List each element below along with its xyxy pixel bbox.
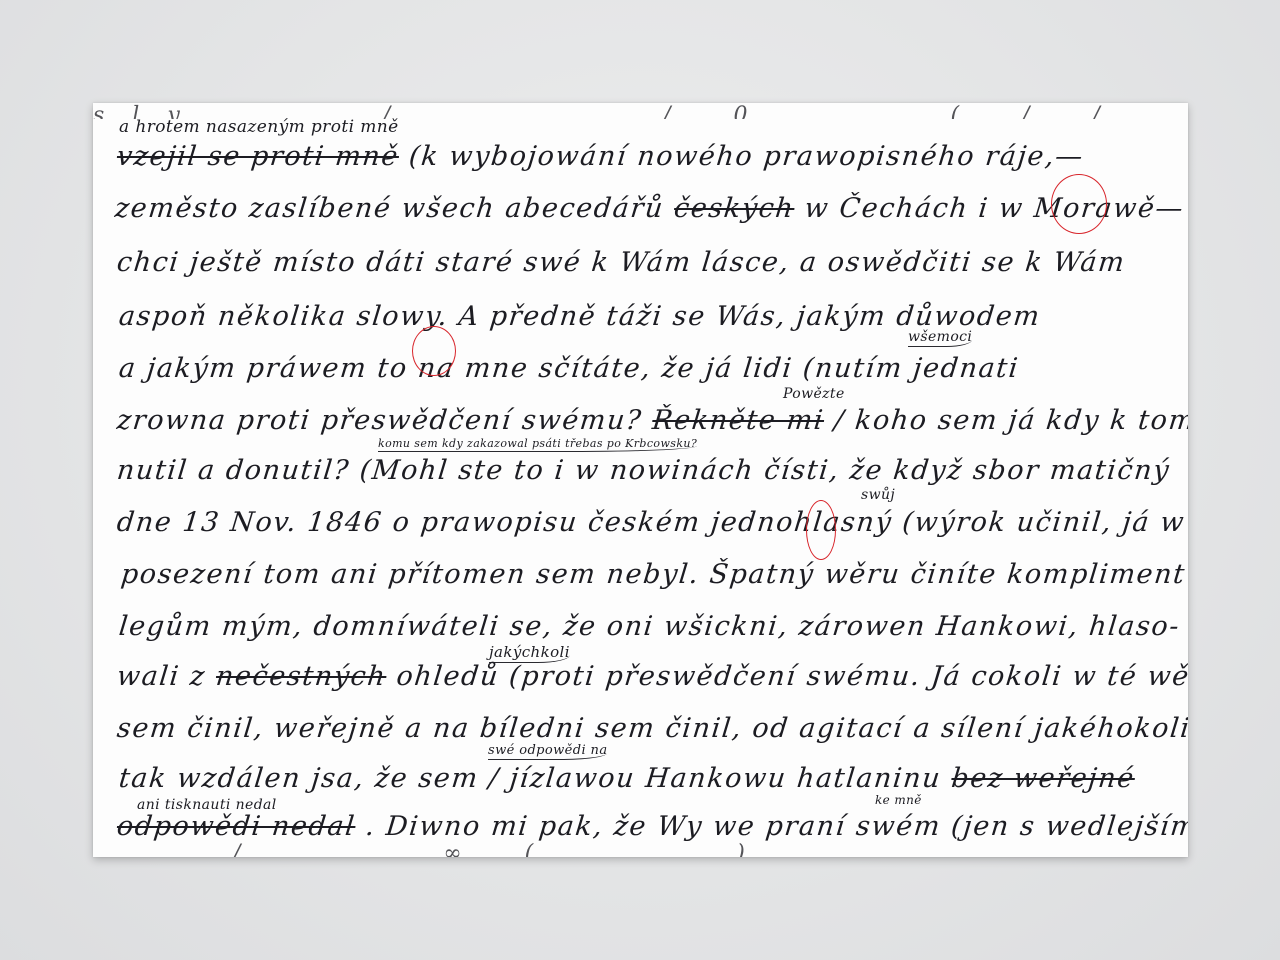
manuscript-line: zeměsto zaslíbené wšech abecedářů českýc…: [113, 193, 1185, 224]
line-text: posezení tom ani přítomen sem nebyl. Špa…: [119, 559, 1188, 590]
line-text: a jakým práwem to na mne sčítáte, že já …: [117, 353, 1020, 384]
interlinear-gloss: swůj: [861, 487, 895, 503]
interlinear-gloss: jakýchkoli: [489, 643, 570, 663]
interlinear-gloss: ke mně: [875, 793, 922, 807]
interlinear-gloss: swé odpowědi na: [488, 743, 607, 760]
line-text: aspoň několika slowy. A předně táži se W…: [117, 301, 1042, 332]
line-text: sem činil, weřejně a na bíledni sem čini…: [115, 713, 1188, 744]
line-text: legům mým, domníwáteli se, že oni wšickn…: [117, 611, 1181, 642]
manuscript-line: odpowědi nedal . Diwno mi pak, že Wy we …: [115, 811, 1188, 842]
manuscript-page: sly ... / ... , / 0 ... ( / / a hrotem n…: [93, 103, 1188, 857]
interlinear-gloss: a hrotem nasazeným proti mně: [119, 117, 399, 137]
line-text: dne 13 Nov. 1846 o prawopisu českém jedn…: [115, 507, 1186, 538]
manuscript-line: zrowna proti přeswědčení swému? Řekněte …: [115, 405, 1188, 436]
line-text: zrowna proti přeswědčení swému?: [115, 405, 654, 436]
struck-text: odpowědi nedal: [115, 811, 357, 842]
interlinear-gloss: wšemoci: [908, 329, 972, 347]
line-text: tak wzdálen jsa, že sem / jízlawou Hanko…: [117, 763, 953, 794]
line-text: ohledů (proti přeswědčení swému. Já coko…: [395, 661, 1188, 692]
struck-text: nečestných: [214, 661, 388, 692]
manuscript-line: aspoň několika slowy. A předně táži se W…: [117, 301, 1042, 332]
manuscript-line: a jakým práwem to na mne sčítáte, že já …: [117, 353, 1020, 384]
line-text: / koho sem já kdy k tomu: [833, 405, 1188, 436]
interlinear-gloss: komu sem kdy zakazowal psáti třebas po K…: [378, 437, 697, 452]
line-text: (k wybojowání nowého prawopisného ráje,—: [408, 141, 1086, 172]
manuscript-line: chci ještě místo dáti staré swé k Wám lá…: [115, 247, 1127, 278]
line-text: zeměsto zaslíbené wšech abecedářů: [113, 193, 665, 224]
manuscript-line: vzejil se proti mně (k wybojowání nowého…: [115, 141, 1085, 172]
struck-text: vzejil se proti mně: [115, 141, 400, 172]
manuscript-line: nutil a donutil? (Mohl ste to i w nowiná…: [115, 455, 1171, 486]
line-text: chci ještě místo dáti staré swé k Wám lá…: [115, 247, 1127, 278]
line-text: wali z: [115, 661, 217, 692]
struck-text: bez weřejné: [950, 763, 1137, 794]
interlinear-gloss: Powězte: [783, 386, 845, 402]
manuscript-line: dne 13 Nov. 1846 o prawopisu českém jedn…: [115, 507, 1186, 538]
manuscript-line: wali z nečestných ohledů (proti přeswědč…: [115, 661, 1188, 692]
line-text: w Čechách i w Morawě—: [803, 193, 1186, 224]
manuscript-line: legům mým, domníwáteli se, že oni wšickn…: [117, 611, 1181, 642]
struck-text: Řekněte mi: [651, 405, 826, 436]
manuscript-line: tak wzdálen jsa, že sem / jízlawou Hanko…: [117, 763, 1136, 794]
line-text: nutil a donutil? (Mohl ste to i w nowiná…: [115, 455, 1171, 486]
bottom-cutoff-fragment: ... / ... ∞ ( ... ) ...: [93, 841, 1188, 857]
manuscript-line: posezení tom ani přítomen sem nebyl. Špa…: [119, 559, 1188, 590]
manuscript-line: sem činil, weřejně a na bíledni sem čini…: [115, 713, 1188, 744]
struck-text: českých: [673, 193, 797, 224]
line-text: . Diwno mi pak, že Wy we praní swém (jen…: [364, 811, 1188, 842]
